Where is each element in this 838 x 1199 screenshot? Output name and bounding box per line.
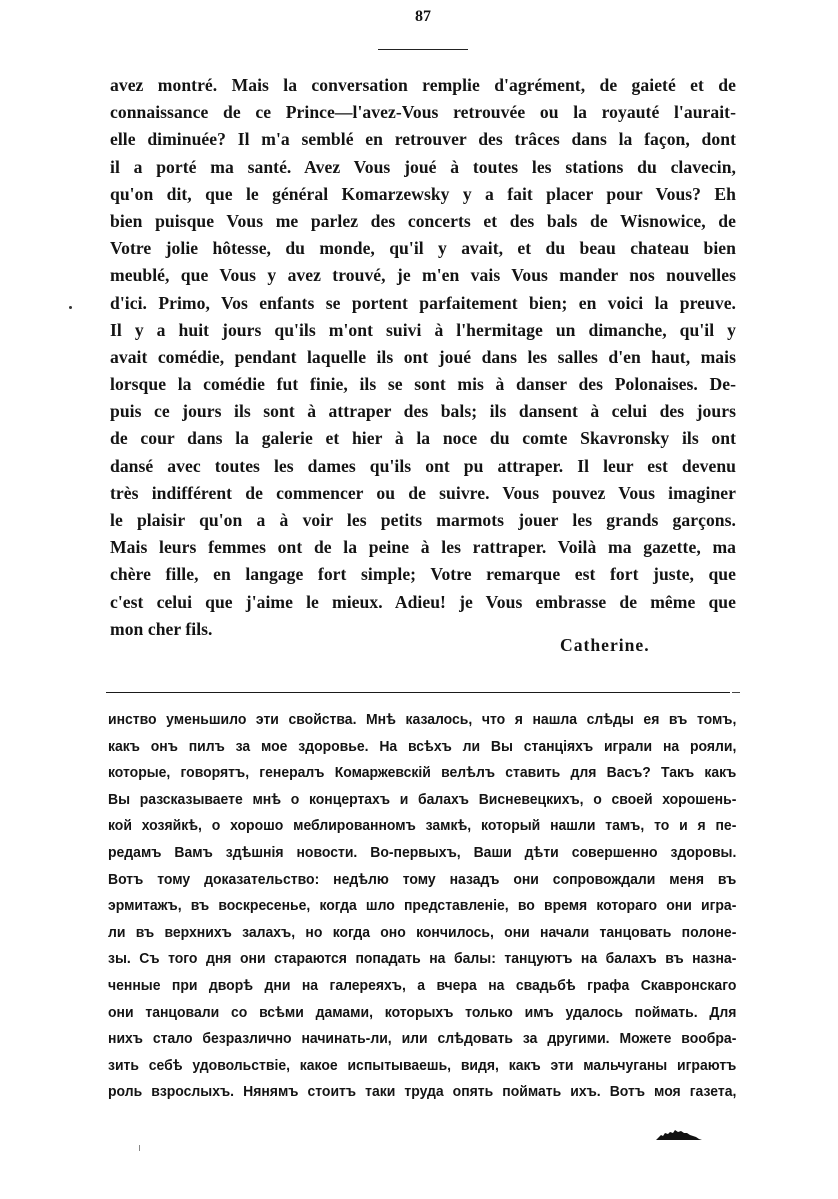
text-line: de cour dans la galerie et hier à la noc…	[110, 425, 736, 452]
text-line: которые, говорятъ, генералъ Комаржевскій…	[108, 760, 736, 787]
margin-speck	[139, 1145, 140, 1151]
text-line: зы. Съ того дня они стараются попадать н…	[108, 946, 736, 973]
text-line: Mais leurs femmes ont de la peine à les …	[110, 534, 736, 561]
text-line: ли въ верхнихъ залахъ, но когда оно конч…	[108, 920, 736, 947]
letter-signature: Catherine.	[560, 632, 650, 658]
text-line: Votre jolie hôtesse, du monde, qu'il y a…	[110, 235, 736, 262]
text-line: c'est celui que j'aime le mieux. Adieu! …	[110, 589, 736, 616]
text-line: какъ онъ пилъ за мое здоровье. На всѣхъ …	[108, 734, 736, 761]
russian-translation-text: инство уменьшило эти свойства. Мнѣ казал…	[108, 707, 686, 1106]
text-line: ченные при дворѣ дни на галереяхъ, а вче…	[108, 973, 736, 1000]
text-line: lorsque la comédie fut finie, ils se son…	[110, 371, 736, 398]
text-line: avez montré. Mais la conversation rempli…	[110, 72, 736, 99]
section-divider	[106, 692, 730, 693]
text-line: il a porté ma santé. Avez Vous joué à to…	[110, 154, 736, 181]
text-line: elle diminuée? Il m'a semblé en retrouve…	[110, 126, 736, 153]
text-line: le plaisir qu'on a à voir les petits mar…	[110, 507, 736, 534]
text-line: chère fille, en langage fort simple; Vot…	[110, 561, 736, 588]
text-line: инство уменьшило эти свойства. Мнѣ казал…	[108, 707, 736, 734]
book-page: 87 avez montré. Mais la conversation rem…	[0, 0, 838, 1199]
text-line: puis ce jours ils sont à attraper des ba…	[110, 398, 736, 425]
margin-speck	[69, 306, 72, 309]
text-line: зить себѣ удовольствіе, какое испытываеш…	[108, 1053, 736, 1080]
page-number: 87	[378, 6, 468, 28]
text-line: très indifférent de commencer ou de suiv…	[110, 480, 736, 507]
text-line: нихъ стало безразлично начинать-ли, или …	[108, 1026, 736, 1053]
text-line: qu'on dit, que le général Komarzewsky y …	[110, 181, 736, 208]
text-line: dansé avec toutes les dames qu'ils ont p…	[110, 453, 736, 480]
text-line: кой хозяйкѣ, о хорошо меблированномъ зам…	[108, 813, 736, 840]
text-line: bien puisque Vous me parlez des concerts…	[110, 208, 736, 235]
text-line: роль взрослыхъ. Нянямъ стоитъ таки труда…	[108, 1079, 736, 1106]
section-divider-fragment	[732, 692, 740, 693]
text-line: connaissance de ce Prince—l'avez-Vous re…	[110, 99, 736, 126]
text-line: Il y a huit jours qu'ils m'ont suivi à l…	[110, 317, 736, 344]
ink-blot-icon	[656, 1127, 702, 1141]
header-rule	[378, 49, 468, 50]
text-line: avait comédie, pendant laquelle ils ont …	[110, 344, 736, 371]
french-letter-text: avez montré. Mais la conversation rempli…	[110, 72, 736, 643]
text-line: Вы разсказываете мнѣ о концертахъ и бала…	[108, 787, 736, 814]
text-line: эрмитажъ, въ воскресенье, когда шло пред…	[108, 893, 736, 920]
text-line: редамъ Вамъ здѣшнія новости. Во-первыхъ,…	[108, 840, 736, 867]
text-line: meublé, que Vous y avez trouvé, je m'en …	[110, 262, 736, 289]
text-line: d'ici. Primo, Vos enfants se portent par…	[110, 290, 736, 317]
text-line: они танцовали со всѣми дамами, которыхъ …	[108, 1000, 736, 1027]
text-line: Вотъ тому доказательство: недѣлю тому на…	[108, 867, 736, 894]
